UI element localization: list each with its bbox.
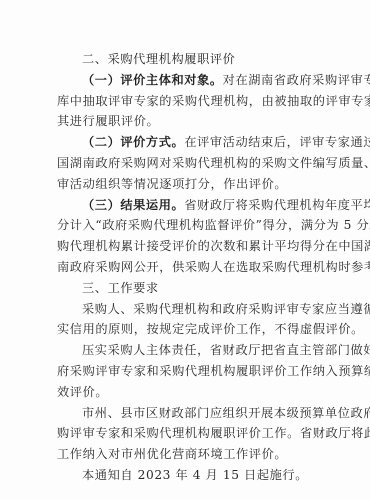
paragraph-effective-date: 本通知自 2023 年 4 月 15 日起施行。	[57, 465, 319, 486]
paragraph-line: 其进行履职评价。	[57, 111, 319, 132]
paragraph-result-application: （三）结果运用。省财政厅将采购代理机构年度平均得	[57, 195, 319, 216]
paragraph-text: 省财政厅将采购代理机构年度平均得	[184, 198, 370, 212]
paragraph-line: 购评审专家和采购代理机构履职评价工作。省财政厅将此项	[57, 423, 319, 444]
paragraph-line: 库中抽取评审专家的采购代理机构，由被抽取的评审专家对	[57, 91, 319, 112]
paragraph-line: 分计入“政府采购代理机构监督评价”得分，满分为 5 分。采	[57, 215, 319, 236]
paragraph-local-finance: 市州、县市区财政部门应组织开展本级预算单位政府采	[57, 403, 319, 424]
paragraph-evaluation-method: （二）评价方式。在评审活动结束后，评审专家通过中	[57, 132, 319, 153]
paragraph-text: 对在湖南省政府采购评审专家	[223, 73, 370, 87]
paragraph-line: 国湖南政府采购网对采购代理机构的采购文件编写质量、评	[57, 153, 319, 174]
document-body: 二、采购代理机构履职评价 （一）评价主体和对象。对在湖南省政府采购评审专家 库中…	[57, 49, 319, 486]
paragraph-line: 实信用的原则，按规定完成评价工作，不得虚假评价。	[57, 319, 319, 340]
paragraph-integrity: 采购人、采购代理机构和政府采购评审专家应当遵循诚	[57, 299, 319, 320]
paragraph-lead: （三）结果运用。	[82, 198, 184, 212]
paragraph-line: 审活动组织等情况逐项打分，作出评价。	[57, 174, 319, 195]
paragraph-lead: （二）评价方式。	[82, 135, 184, 149]
section-heading-requirements: 三、工作要求	[57, 278, 319, 299]
paragraph-responsibility: 压实采购人主体责任，省财政厅把省直主管部门做好政	[57, 340, 319, 361]
section-heading-evaluation: 二、采购代理机构履职评价	[57, 49, 319, 70]
paragraph-line: 南政府采购网公开，供采购人在选取采购代理机构时参考。	[57, 257, 319, 278]
paragraph-evaluation-subject: （一）评价主体和对象。对在湖南省政府采购评审专家	[57, 70, 319, 91]
document-page: 二、采购代理机构履职评价 （一）评价主体和对象。对在湖南省政府采购评审专家 库中…	[0, 0, 370, 500]
paragraph-line: 购代理机构累计接受评价的次数和累计平均得分在中国湖	[57, 236, 319, 257]
paragraph-line: 府采购评审专家和采购代理机构履职评价工作纳入预算绩	[57, 361, 319, 382]
paragraph-line: 效评价。	[57, 382, 319, 403]
paragraph-line: 工作纳入对市州优化营商环境工作评价。	[57, 444, 319, 465]
paragraph-text: 在评审活动结束后，评审专家通过中	[184, 135, 370, 149]
paragraph-lead: （一）评价主体和对象。	[82, 73, 223, 87]
